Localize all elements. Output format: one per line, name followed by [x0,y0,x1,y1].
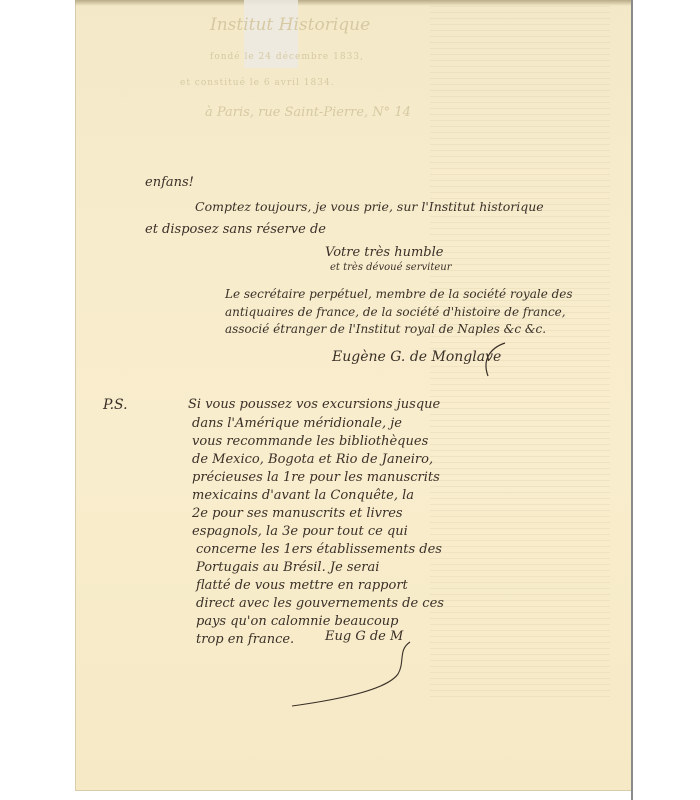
ps-line: dans l'Amérique méridionale, je [192,416,402,431]
title-line: associé étranger de l'Institut royal de … [225,322,546,336]
signature: Eugène G. de Monglave [332,349,501,365]
letterhead-line: fondé le 24 décembre 1833, [210,52,364,62]
signature-flourish [480,340,510,380]
letter-line: et disposez sans réserve de [145,222,326,237]
ps-line: concerne les 1ers établissements des [196,542,442,557]
ps-line: Si vous poussez vos excursions jusque [188,397,440,412]
letter-line: enfans! [145,175,194,190]
ps-line: flatté de vous mettre en rapport [196,578,408,593]
ps-line: trop en france. [196,632,294,647]
letterhead-line: à Paris, rue Saint-Pierre, N° 14 [205,105,411,120]
page-edge-line [631,0,633,800]
ps-line: Portugais au Brésil. Je serai [196,560,379,575]
ps-line: espagnols, la 3e pour tout ce qui [192,524,408,539]
ps-line: 2e pour ses manuscrits et livres [192,506,403,521]
ps-line: de Mexico, Bogota et Rio de Janeiro, [192,452,433,467]
letterhead-line: et constitué le 6 avril 1834. [180,78,335,88]
closing-line: et très dévoué serviteur [330,262,452,273]
ps-label: P.S. [103,397,128,413]
ps-line: précieuses la 1re pour les manuscrits [192,470,440,485]
ps-line: mexicains d'avant la Conquête, la [192,488,414,503]
ps-line: direct avec les gouvernements de ces [196,596,444,611]
letterhead-title: Institut Historique [210,15,370,35]
title-line: Le secrétaire perpétuel, membre de la so… [225,287,573,301]
ps-line: vous recommande les bibliothèques [192,434,428,449]
letter-line: Comptez toujours, je vous prie, sur l'In… [195,199,544,214]
ps-line: pays qu'on calomnie beaucoup [196,614,398,629]
title-line: antiquaires de france, de la société d'h… [225,305,566,319]
closing-line: Votre très humble [325,245,443,260]
ps-signature-flourish [290,640,420,710]
